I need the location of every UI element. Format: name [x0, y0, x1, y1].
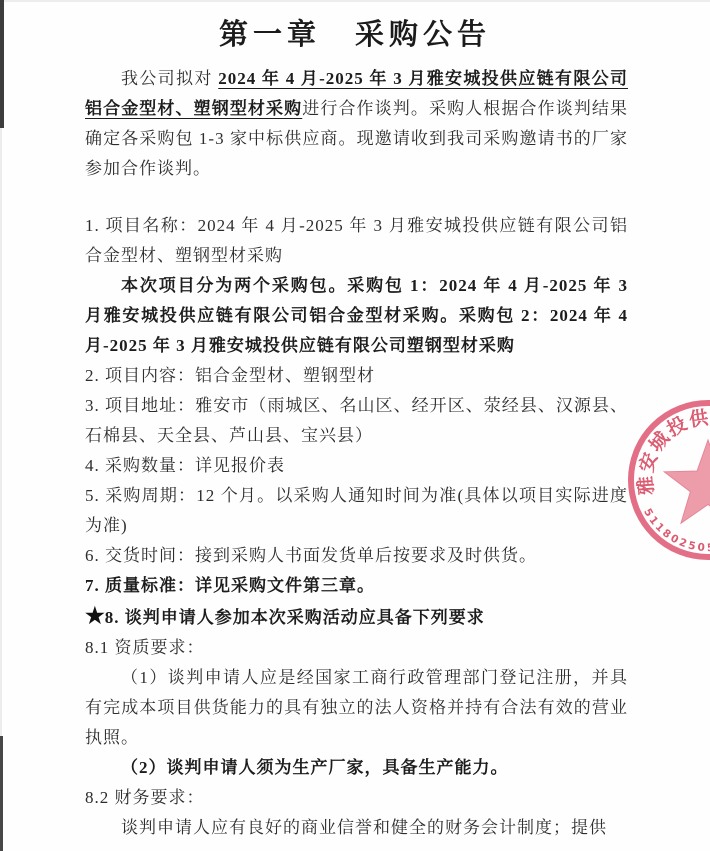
paragraph-item-5: 5. 采购周期：12 个月。以采购人通知时间为准(具体以项目实际进度为准) [85, 481, 628, 541]
text-run: 5. 采购周期：12 个月。以采购人通知时间为准(具体以项目实际进度为准) [85, 486, 628, 535]
paragraph-item-4: 4. 采购数量：详见报价表 [85, 451, 628, 481]
paragraph-finance: 谈判申请人应有良好的商业信誉和健全的财务会计制度；提供 [85, 813, 628, 843]
paragraph-intro: 我公司拟对 2024 年 4 月-2025 年 3 月雅安城投供应链有限公司铝合… [85, 64, 628, 184]
chapter-title: 第一章采购公告 [0, 12, 710, 53]
chapter-title-number: 第一章 [219, 19, 321, 51]
official-seal: 雅安城投供 51180250589 [600, 388, 710, 588]
text-run: 我公司拟对 [121, 69, 218, 88]
scan-artifact-left-bottom-strip [0, 736, 3, 851]
text-run: 7. 质量标准：详见采购文件第三章。 [85, 576, 375, 595]
text-run: 3. 项目地址：雅安市（雨城区、名山区、经开区、荥经县、汉源县、石棉县、天全县、… [85, 396, 628, 445]
paragraph-req-1: （1）谈判申请人应是经国家工商行政管理部门登记注册，并具有完成本项目供货能力的具… [85, 663, 628, 753]
text-run: 6. 交货时间：接到采购人书面发货单后按要求及时供货。 [85, 546, 537, 565]
paragraph-item-2: 2. 项目内容：铝合金型材、塑钢型材 [85, 361, 628, 391]
paragraph-item-6: 6. 交货时间：接到采购人书面发货单后按要求及时供货。 [85, 541, 628, 571]
text-run: （2）谈判申请人须为生产厂家，具备生产能力。 [121, 758, 509, 777]
paragraph-item-8-1: 8.1 资质要求： [85, 633, 628, 663]
paragraph-item-8: ★8. 谈判申请人参加本次采购活动应具备下列要求 [85, 601, 628, 633]
text-run: （1）谈判申请人应是经国家工商行政管理部门登记注册，并具有完成本项目供货能力的具… [85, 668, 628, 747]
text-run: 1. 项目名称：2024 年 4 月-2025 年 3 月雅安城投供应链有限公司… [85, 216, 628, 265]
paragraph-item-3: 3. 项目地址：雅安市（雨城区、名山区、经开区、荥经县、汉源县、石棉县、天全县、… [85, 391, 628, 451]
paragraph-item-1: 1. 项目名称：2024 年 4 月-2025 年 3 月雅安城投供应链有限公司… [85, 211, 628, 271]
text-run: 8.2 财务要求： [85, 788, 205, 807]
text-run: 2. 项目内容：铝合金型材、塑钢型材 [85, 366, 375, 385]
text-run: 4. 采购数量：详见报价表 [85, 456, 285, 475]
text-run: 8. 谈判申请人参加本次采购活动应具备下列要求 [105, 608, 485, 627]
scanned-document-page: 第一章采购公告 我公司拟对 2024 年 4 月-2025 年 3 月雅安城投供… [0, 0, 710, 851]
document-body: 我公司拟对 2024 年 4 月-2025 年 3 月雅安城投供应链有限公司铝合… [85, 64, 628, 843]
scan-artifact-left-edge [0, 128, 2, 736]
star-icon: ★ [85, 603, 105, 628]
paragraph-req-2: （2）谈判申请人须为生产厂家，具备生产能力。 [85, 753, 628, 783]
paragraph-item-7: 7. 质量标准：详见采购文件第三章。 [85, 571, 628, 601]
text-run: 谈判申请人应有良好的商业信誉和健全的财务会计制度；提供 [121, 818, 607, 837]
text-run: 本次项目分为两个采购包。采购包 1：2024 年 4 月-2025 年 3 月雅… [85, 276, 628, 355]
text-run: 8.1 资质要求： [85, 638, 205, 657]
chapter-title-text: 采购公告 [355, 19, 491, 51]
paragraph-item-8-2: 8.2 财务要求： [85, 783, 628, 813]
seal-star-icon [664, 440, 710, 523]
paragraph-packages: 本次项目分为两个采购包。采购包 1：2024 年 4 月-2025 年 3 月雅… [85, 271, 628, 361]
scan-artifact-top-line [0, 0, 710, 2]
